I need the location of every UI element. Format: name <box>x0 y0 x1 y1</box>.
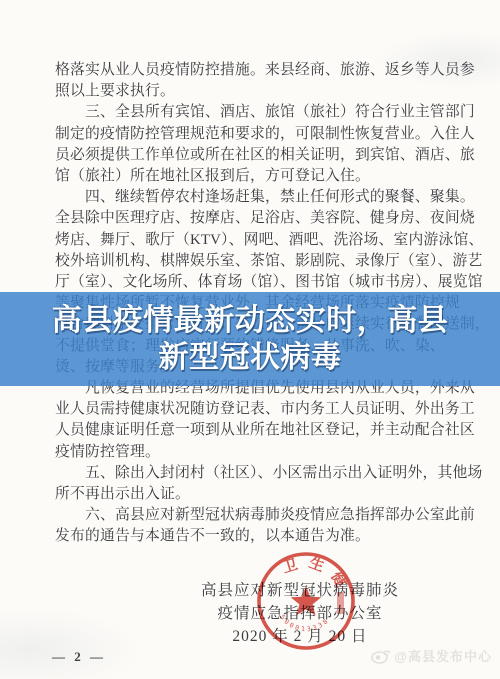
document-text-line: 馆（旅社）所在地社区报到后，方可登记入住。 <box>55 166 469 187</box>
official-seal: 卫生健 500013338 <box>253 548 359 654</box>
seal-star <box>291 586 322 615</box>
watermark: @高县发布中心 <box>371 646 492 665</box>
document-text-line: 五、除出入封闭村（社区）、小区需出示出入证明外，其他场 <box>55 463 469 484</box>
watermark-text: @高县发布中心 <box>394 646 492 665</box>
seal-graphic: 卫生健 500013338 <box>253 548 359 654</box>
seal-arc-text: 卫生健 <box>280 554 354 599</box>
seal-side-mark <box>337 592 344 614</box>
document-text-line: 所不再出示出入证。 <box>55 484 469 505</box>
headline-line-1: 高县疫情最新动态实时，高县 <box>52 302 449 339</box>
document-text-line: 制定的疫情防控管理规范和要求的，可限制性恢复营业。入住人 <box>55 124 469 145</box>
document-text-line: 三、全县所有宾馆、酒店、旅馆（旅社）符合行业主管部门 <box>55 102 469 123</box>
svg-text:卫生健: 卫生健 <box>280 554 354 599</box>
document-text-line: 疫情防控管理。 <box>55 442 469 463</box>
document-text-line: 六、高县应对新型冠状病毒肺炎疫情应急指挥部办公室此前 <box>55 505 469 526</box>
document-text-line: 烤店、舞厅、歌厅（KTV）、网吧、酒吧、洗浴场、室内游泳馆、 <box>55 230 469 251</box>
document-text-line: 员必须提供工作单位或所在社区的相关证明，到宾馆、酒店、旅 <box>55 145 469 166</box>
document-text-line: 厅（室）、文化场所、体育场（馆）、图书馆（城市书房）、展览馆 <box>55 272 469 293</box>
document-text-line: 人员健康证明任意一项到从业所在地社区登记，并主动配合社区 <box>55 420 469 441</box>
document-text-line: 照以上要求执行。 <box>55 81 469 102</box>
document-text-line: 校外培训机构、棋牌娱乐室、茶馆、影剧院、录像厅（室）、游艺 <box>55 251 469 272</box>
document-text-line: 发布的通告与本通告不一致的，以本通告为准。 <box>55 526 469 547</box>
document-text-line: 格落实从业人员疫情防控措施。来县经商、旅游、返乡等人员参 <box>55 60 469 81</box>
document-text-line: 四、继续暂停农村逢场赶集，禁止任何形式的聚餐、聚集。 <box>55 187 469 208</box>
seal-serial-number: 500013338 <box>278 613 331 633</box>
page-number: — 2 — <box>52 649 106 665</box>
weibo-icon <box>371 648 391 664</box>
notice-document-page: 格落实从业人员疫情防控措施。来县经商、旅游、返乡等人员参照以上要求执行。 三、全… <box>0 0 500 679</box>
svg-text:500013338: 500013338 <box>278 613 331 633</box>
headline-banner: 高县疫情最新动态实时，高县 新型冠状病毒 <box>0 292 500 386</box>
headline-line-2: 新型冠状病毒 <box>159 339 342 376</box>
document-text-line: 业人员需持健康状况随访登记表、市内务工人员证明、外出务工 <box>55 399 469 420</box>
document-text-line: 全县除中医理疗店、按摩店、足浴店、美容院、健身房、夜间烧 <box>55 208 469 229</box>
